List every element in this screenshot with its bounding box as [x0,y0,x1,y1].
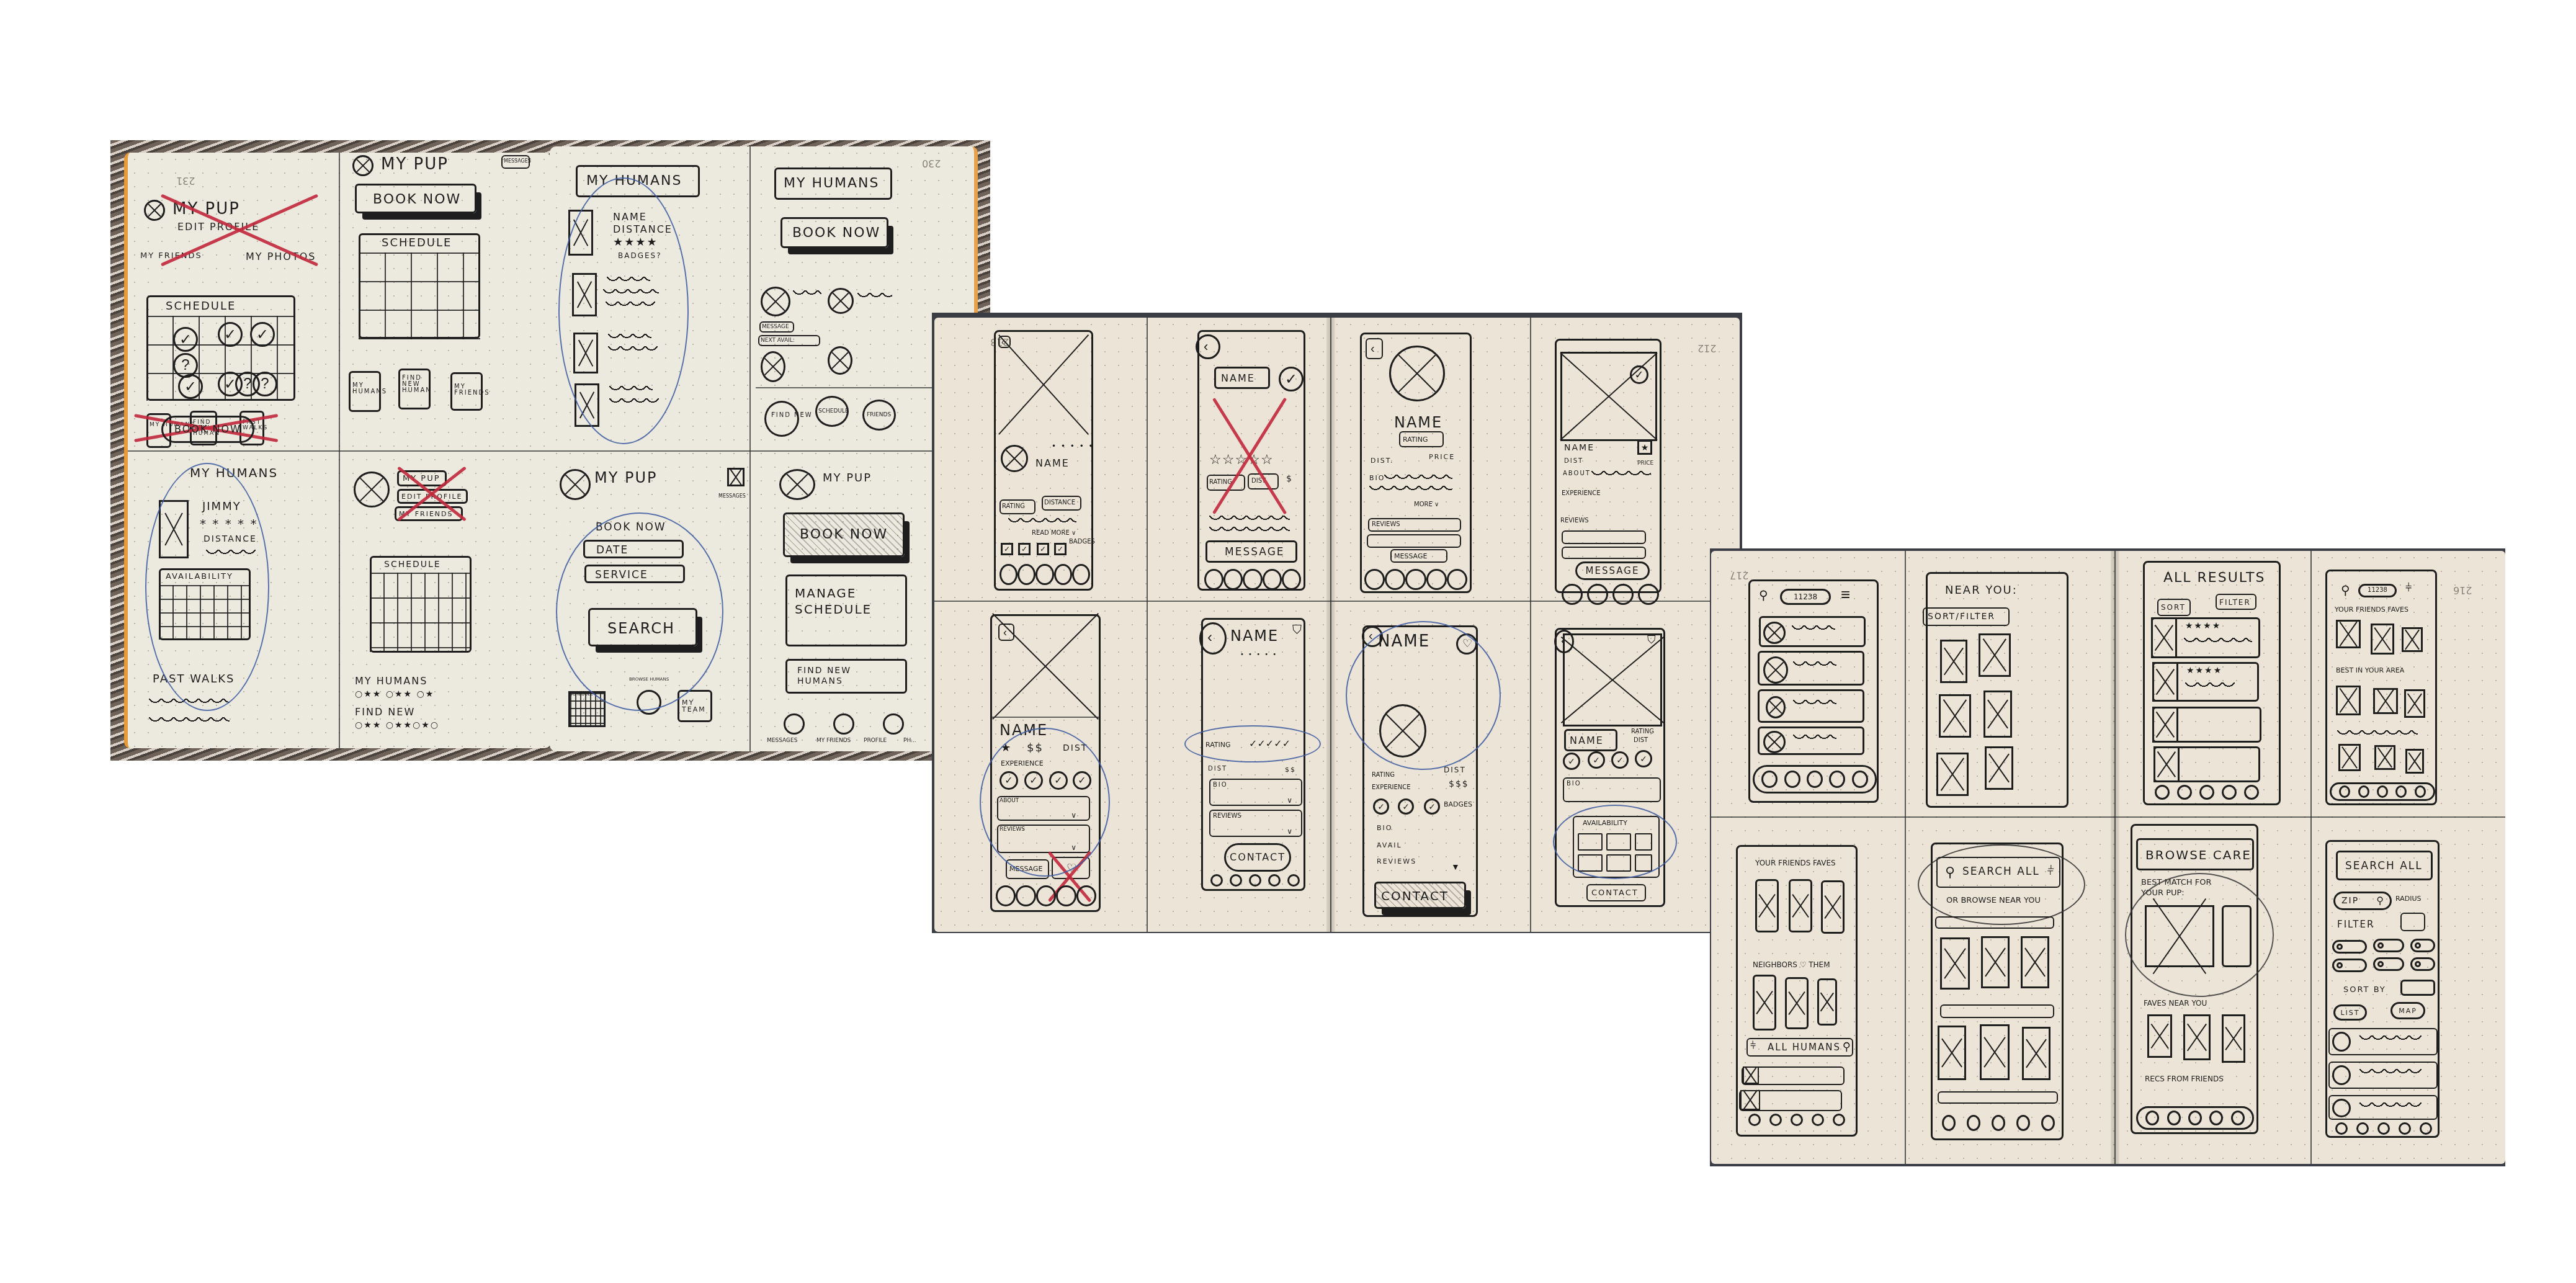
experience-label: Experience [1001,760,1044,767]
nav-icon[interactable] [1036,885,1056,906]
badge-check-icon: ✓ [1373,798,1389,815]
about-section[interactable]: About∨ [997,796,1090,821]
image-card[interactable] [1821,880,1845,934]
result-card[interactable]: ★★★★ [2151,617,2260,658]
nav-find-new[interactable]: Find New [764,401,799,437]
column-divider [2310,551,2312,1164]
image-card[interactable] [2338,744,2361,771]
nav-icon[interactable] [2041,1115,2055,1131]
section-title: Near You: [1945,585,2018,596]
tile-my-friends[interactable]: My Friends [450,372,483,411]
filter-toggle[interactable] [2373,957,2404,971]
bio-row[interactable]: Bio [1377,825,1392,831]
page-number: 231 [176,175,195,187]
image-card[interactable] [1936,753,1969,796]
expand-chevron-icon[interactable]: ∨ [1071,811,1076,820]
column-divider [749,146,751,751]
nav-icon[interactable] [1967,1115,1980,1131]
sketch-frame-my-pup-v2: My Pup Messages Book Now Schedule My Hum… [346,153,551,444]
hero-image-placeholder [1560,352,1657,441]
sort-dropdown[interactable] [2400,980,2435,996]
divider [992,717,1099,718]
text-scribble [608,334,651,341]
photo-placeholder-icon [573,333,598,373]
search-button[interactable]: Search [588,608,697,646]
message-button[interactable]: Message [1390,549,1447,563]
image-card[interactable] [1939,694,1971,738]
message-tag[interactable]: Message [759,321,794,333]
notebook-photo-1: 231 My Pup Edit Profile My Friends My Ph… [110,140,990,761]
text-scribble [2185,682,2235,690]
verified-icon: ✓ [1279,367,1304,391]
nav-icon[interactable] [1204,569,1223,590]
nav-icon[interactable] [1612,584,1634,605]
sort-filter-control[interactable]: Sort/Filter [1923,607,2010,626]
back-button[interactable]: ‹ [1199,622,1227,655]
nav-icon[interactable] [1426,569,1447,590]
image-card[interactable] [2021,936,2049,988]
nav-label-profile: Profile [864,738,887,744]
filter-label: Filter [2337,920,2374,929]
book-now-heading: Book Now [596,522,666,533]
read-more-link[interactable]: Read More ∨ [1032,530,1076,537]
frame-title: My Humans [190,467,278,479]
image-card[interactable] [2371,624,2394,655]
filter-toggle[interactable] [2410,957,2435,971]
nav-icon[interactable] [2177,785,2192,800]
avatar-placeholder-icon [779,469,815,500]
text-scribble [206,550,256,557]
image-card[interactable] [2373,688,2398,714]
expand-chevron-icon[interactable]: ∨ [1287,796,1292,805]
toggle-knob [2377,942,2384,949]
nav-icon[interactable] [2188,1111,2202,1125]
availability-slot[interactable] [1606,833,1631,851]
date-field[interactable]: Date [583,540,684,558]
sketch-phone-profile-c: ‹ Name Rating Dist. Price Bio More ∨ Rev… [1360,333,1472,593]
service-field[interactable]: Service [584,565,685,583]
avatar-placeholder-icon [1763,731,1786,753]
avail-row[interactable]: Avail [1377,842,1402,849]
nav-icon[interactable] [1852,771,1868,788]
availability-slot[interactable] [1635,854,1652,872]
bottom-nav [1000,564,1090,585]
search-all-input[interactable]: Search All [2336,851,2433,880]
photo-placeholder-icon [568,210,593,256]
nav-icon[interactable] [1562,584,1583,605]
image-card[interactable] [1981,936,2010,988]
image-card[interactable] [2404,689,2425,718]
toggle-knob [2377,961,2384,967]
nav-icon[interactable] [1364,569,1385,590]
distance-label: Dist. [1371,457,1394,464]
nav-icon[interactable] [2016,1115,2030,1131]
expand-chevron-icon[interactable]: ∨ [1071,843,1076,852]
nav-friends[interactable]: Friends [862,400,896,431]
filter-toggle[interactable] [2373,939,2404,952]
avatar-icon [2332,1032,2351,1052]
image-card[interactable] [1789,879,1812,932]
nav-icon[interactable] [2356,1122,2369,1135]
result-card[interactable]: ★★★★ [2152,662,2259,702]
bottom-nav [1936,1115,2060,1131]
nav-icon[interactable] [2244,785,2259,800]
nav-icon[interactable] [1016,885,1035,906]
check-icon: ✓ [1611,751,1629,769]
tile-find-new-human[interactable]: Find New Human [398,369,431,409]
bottom-nav [2136,1106,2254,1130]
image-card[interactable] [1817,978,1837,1026]
favorite-button[interactable]: ♡ [1052,857,1090,879]
reviews-section[interactable]: Reviews∨ [997,825,1090,853]
nav-friends-icon[interactable] [833,713,854,735]
result-card[interactable] [1759,616,1866,647]
hero-image-placeholder [992,616,1099,717]
nav-icon[interactable] [2222,785,2237,800]
nav-icon[interactable] [1447,569,1467,590]
title-bar: My Humans [774,168,892,200]
text-scribble [2184,638,2252,645]
text-scribble [149,717,230,725]
sketch-phone-search-all-browse: ⚲Search All⫩ Or Browse Near You [1931,843,2064,1140]
more-link[interactable]: More ∨ [1414,502,1439,508]
text-scribble [2337,730,2418,738]
schedule-label: Schedule [382,238,452,249]
find-new-humans-button[interactable]: Find New Humans [785,659,907,694]
manage-schedule-button[interactable]: Manage Schedule [785,574,907,646]
edit-profile-field: Edit Profile [397,489,468,504]
favorite-button[interactable]: ♡ [1456,633,1477,655]
radius-dropdown[interactable] [2400,913,2425,931]
avatar-placeholder-icon [1763,622,1786,644]
sketch-phone-profile-h: ‹ ⛉ Name Rating Dist ✓ ✓ ✓ ✓ Bio Availab… [1555,628,1665,907]
availability-slot[interactable] [1606,854,1631,872]
check-icon: ✓ [178,374,203,399]
image-card[interactable] [2405,749,2424,774]
message-button[interactable]: Message [1006,859,1049,879]
result-row[interactable] [2328,1095,2438,1120]
badges-label: Badges [1069,539,1095,545]
list-row[interactable] [1739,1090,1842,1111]
nav-icon[interactable] [1748,1114,1761,1126]
page-number: 212 [1697,342,1717,354]
filter-sliders-icon[interactable]: ⫩ [1750,1040,1756,1052]
nav-icon[interactable] [1263,569,1282,590]
expand-chevron-icon[interactable]: ▼ [1451,862,1460,872]
back-button[interactable]: ‹ [1196,334,1220,359]
bottom-nav [1207,874,1304,887]
sketch-phone-profile-a: ‹ • • • • • Name Rating Distance Read Mo… [994,330,1093,591]
schedule-widget: Schedule [370,556,472,653]
filter-sliders-icon[interactable]: ⫩ [2047,864,2054,878]
name-field: Name [1564,729,1617,751]
schedule-label: Schedule [166,301,236,312]
nav-icon[interactable] [1282,569,1301,590]
book-now-button[interactable]: Book Now [161,416,254,443]
reviews-row[interactable]: Reviews [1368,518,1461,532]
toggle-knob [2415,961,2421,967]
image-card[interactable] [1785,977,1809,1029]
favorite-star-icon[interactable]: ★ [1637,440,1652,455]
image-card[interactable] [2336,686,2361,715]
nav-icon[interactable] [996,885,1016,906]
text-scribble [1591,471,1651,478]
notebook-page-right: 230 My Humans Name Distance ★★★★ Badges?… [550,146,978,751]
filter-button[interactable]: Filter [2216,594,2256,610]
my-photos-label: My Photos [246,252,316,262]
toggle-knob [2415,942,2421,949]
nav-icon[interactable] [1761,771,1778,788]
nav-icon[interactable] [1054,564,1072,585]
toggle-knob [2337,944,2343,950]
nav-icon[interactable] [2377,785,2388,798]
nav-icon[interactable] [1942,1115,1956,1131]
expand-chevron-icon[interactable]: ∨ [1287,827,1292,836]
nav-schedule[interactable]: Schedule [815,396,849,427]
row-divider [128,450,551,452]
nav-icon[interactable] [1807,771,1823,788]
name-label: Name [1564,444,1594,452]
nav-icon[interactable] [2155,785,2170,800]
filter-sliders-icon[interactable]: ⫩ [2405,581,2412,594]
all-humans-search[interactable]: ⫩All Humans⚲ [1746,1038,1853,1057]
contact-button[interactable]: Contact [1224,843,1291,872]
nav-profile-icon[interactable] [883,713,904,735]
image-card[interactable] [2022,1027,2051,1080]
result-row[interactable] [2328,1028,2438,1055]
nav-icon[interactable] [1833,1114,1845,1126]
thumbnail-placeholder [1743,1066,1759,1084]
edit-profile-label: Edit Profile [177,222,259,232]
search-icon[interactable]: ⚲ [2341,583,2350,598]
book-now-button[interactable]: Book Now [355,184,476,213]
nav-icon[interactable] [1287,874,1300,887]
nav-icon[interactable] [1076,885,1096,906]
nav-icon[interactable] [2199,785,2214,800]
result-card[interactable] [1758,726,1864,755]
text-scribble [606,302,655,309]
thumbnail-placeholder [2151,617,2177,658]
nav-icon[interactable] [2339,785,2350,798]
notebook-spine-line [2114,551,2116,1164]
image-card[interactable] [1979,633,2011,677]
sort-button[interactable]: Sort [2157,599,2191,616]
nav-icon[interactable] [1829,771,1845,788]
nav-icon[interactable] [1405,569,1426,590]
nav-icon[interactable] [1243,569,1262,590]
carousel-dots: • • • • • [1240,652,1277,658]
availability-slot[interactable] [1578,833,1603,851]
book-now-button[interactable]: Book Now [783,512,905,557]
tile-my-humans[interactable]: My Humans [349,371,381,412]
availability-widget: Availability [159,568,251,640]
zip-search-input[interactable]: 11238 [2358,584,2397,597]
sketch-phone-search-list: ⚲ 11238 ≡ [1748,579,1879,803]
nav-icon[interactable] [1992,1115,2005,1131]
nav-icon[interactable] [2415,785,2426,798]
image-card[interactable] [1753,975,1776,1030]
bottom-nav [1364,569,1467,590]
nav-icon[interactable] [1017,564,1035,585]
nav-icon[interactable] [1812,1114,1824,1126]
back-button[interactable]: ‹ [1366,338,1383,359]
list-row[interactable] [1742,1066,1845,1085]
zip-search-input[interactable]: 11238 [1780,589,1831,605]
nav-icon[interactable] [1056,885,1076,906]
image-card[interactable] [1938,1026,1966,1080]
contact-button[interactable]: Contact [1586,884,1646,901]
text-scribble [1793,700,1836,707]
zip-input[interactable]: Zip⚲ [2333,892,2392,910]
nav-icon[interactable] [2399,1122,2411,1135]
nav-icon[interactable] [2420,1122,2432,1135]
avatar-icon [2332,1099,2351,1117]
bottom-nav [1559,584,1661,605]
nav-icon[interactable] [1230,874,1242,887]
availability-slot[interactable] [1578,854,1603,872]
image-card[interactable] [1980,1024,2010,1080]
badge-check-icon: ✓ [1398,798,1414,815]
avatar-placeholder-icon [144,200,165,221]
image-card[interactable] [1755,879,1779,932]
photo-placeholder-icon [159,500,189,558]
nav-icon[interactable] [1638,584,1659,605]
result-row[interactable] [2328,1062,2438,1089]
nav-icon[interactable] [2395,785,2407,798]
nav-icon[interactable] [1210,874,1223,887]
frame-title: My Pup [594,470,658,485]
nav-icon[interactable] [2231,1111,2245,1125]
nav-icon[interactable] [1072,564,1090,585]
nav-icon[interactable] [2167,1111,2181,1125]
filter-toggle[interactable] [2332,959,2367,972]
sketch-frame-my-pup-v1: My Pup Edit Profile My Friends My Photos… [140,190,333,438]
badge-icon: ✓ [1001,543,1013,555]
section-title: Recs from Friends [2145,1075,2224,1083]
contact-button[interactable]: Contact [1374,882,1466,909]
nav-icon[interactable] [2145,1111,2159,1125]
result-card[interactable] [1758,651,1864,686]
distance-label: Distance [613,225,673,235]
bookmark-icon[interactable]: ⛉ [1292,624,1302,638]
section-title: Your Friends Faves [1755,859,1836,867]
nav-icon[interactable] [1385,569,1405,590]
section-title: Best Match for Your Pup: [2141,878,2228,899]
map-view-toggle[interactable]: Map [2390,1002,2425,1019]
avatar-placeholder-icon [828,346,852,375]
image-card[interactable] [1940,640,1967,683]
result-card[interactable] [1758,689,1864,723]
notebook-spread: 213 212 ‹ • • • • • Name Rating Distance… [934,318,1740,932]
nav-label-messages: Messages [767,738,797,744]
hamburger-icon[interactable]: ≡ [1841,585,1850,604]
section-title: Best in Your Area [2336,667,2404,674]
filter-toggle[interactable] [2332,940,2367,954]
nav-icon[interactable] [1223,569,1243,590]
search-all-input[interactable]: ⚲Search All⫩ [1936,857,2060,888]
nav-icon[interactable] [2377,1122,2390,1135]
book-now-button[interactable]: Book Now [780,217,888,248]
reviews-row[interactable]: Reviews [1377,858,1416,865]
message-button[interactable]: Message [1575,561,1650,580]
list-view-toggle[interactable]: List [2333,1004,2367,1021]
image-card[interactable] [2402,627,2423,652]
sketch-phone-near-you: Near You: Sort/Filter [1926,572,2068,808]
name-label: Name [1230,628,1279,643]
bio-section[interactable]: Bio [1563,777,1661,802]
result-card[interactable] [2153,746,2260,782]
image-card[interactable] [2147,1014,2172,1058]
hero-image-placeholder [1563,633,1662,726]
magnifier-icon[interactable] [637,690,661,715]
badge-check-icon: ✓ [1424,798,1440,815]
envelope-icon[interactable] [727,468,745,486]
reviews-label: Reviews [1560,518,1589,524]
text-scribble [1209,527,1290,534]
sketch-phone-browse-care: Browse Care Best Match for Your Pup: Fav… [2131,824,2258,1134]
message-button[interactable]: Message [1205,540,1297,563]
bio-section[interactable]: Bio∨ [1209,779,1302,806]
rating-label: Rating [1372,772,1395,779]
find-new-label: Find New [355,707,415,717]
nav-icon[interactable] [1587,584,1608,605]
image-card[interactable] [1985,746,2013,790]
nav-icon[interactable] [1268,874,1281,887]
nav-messages-icon[interactable] [784,713,805,735]
thumbnail-placeholder [2153,746,2180,782]
image-card[interactable] [2222,1014,2245,1063]
nav-icon[interactable] [1249,874,1261,887]
image-card[interactable] [2183,1014,2211,1060]
result-card[interactable] [2152,707,2261,743]
image-card[interactable] [2336,620,2361,648]
image-card[interactable] [1940,937,1970,990]
nav-icon[interactable] [2335,1122,2348,1135]
rating-row: ○★★ ○★★○★○ [355,721,439,730]
sort-by-label: Sort By [2343,986,2386,994]
featured-card[interactable] [2145,905,2214,967]
availability-label: Availability [166,573,233,581]
rating-star: ★ [1001,743,1012,754]
filter-toggle[interactable] [2410,939,2435,952]
nav-icon[interactable] [1784,771,1800,788]
notebook-page-left: 231 My Pup Edit Profile My Friends My Ph… [124,153,551,748]
nav-icon[interactable] [2358,785,2369,798]
avatar-placeholder-icon [354,472,390,507]
bio-label: Bio [1369,475,1385,481]
nav-icon[interactable] [1035,564,1053,585]
badge-check-icon: ✓ [1073,771,1091,790]
featured-card-partial[interactable] [2222,905,2252,967]
nav-icon[interactable] [1000,564,1017,585]
nav-icon[interactable] [2209,1111,2223,1125]
bookmark-icon[interactable]: ⛉ [1647,633,1656,646]
image-card[interactable] [2374,745,2395,770]
search-icon: ⚲ [1945,864,1955,880]
my-team-nav[interactable]: My Team [678,690,712,722]
image-card[interactable] [1983,691,2012,738]
hero-image-placeholder [996,332,1091,437]
nav-icon[interactable] [1769,1114,1782,1126]
nav-icon[interactable] [1791,1114,1803,1126]
section-header-bar [1938,1091,2058,1104]
messages-badge[interactable]: Messages [501,155,530,169]
search-icon[interactable]: ⚲ [1843,1040,1851,1053]
reviews-section[interactable]: Reviews∨ [1209,810,1302,837]
availability-slot[interactable] [1635,833,1652,851]
avatar-placeholder-icon [560,469,591,500]
search-icon[interactable]: ⚲ [1759,588,1768,603]
